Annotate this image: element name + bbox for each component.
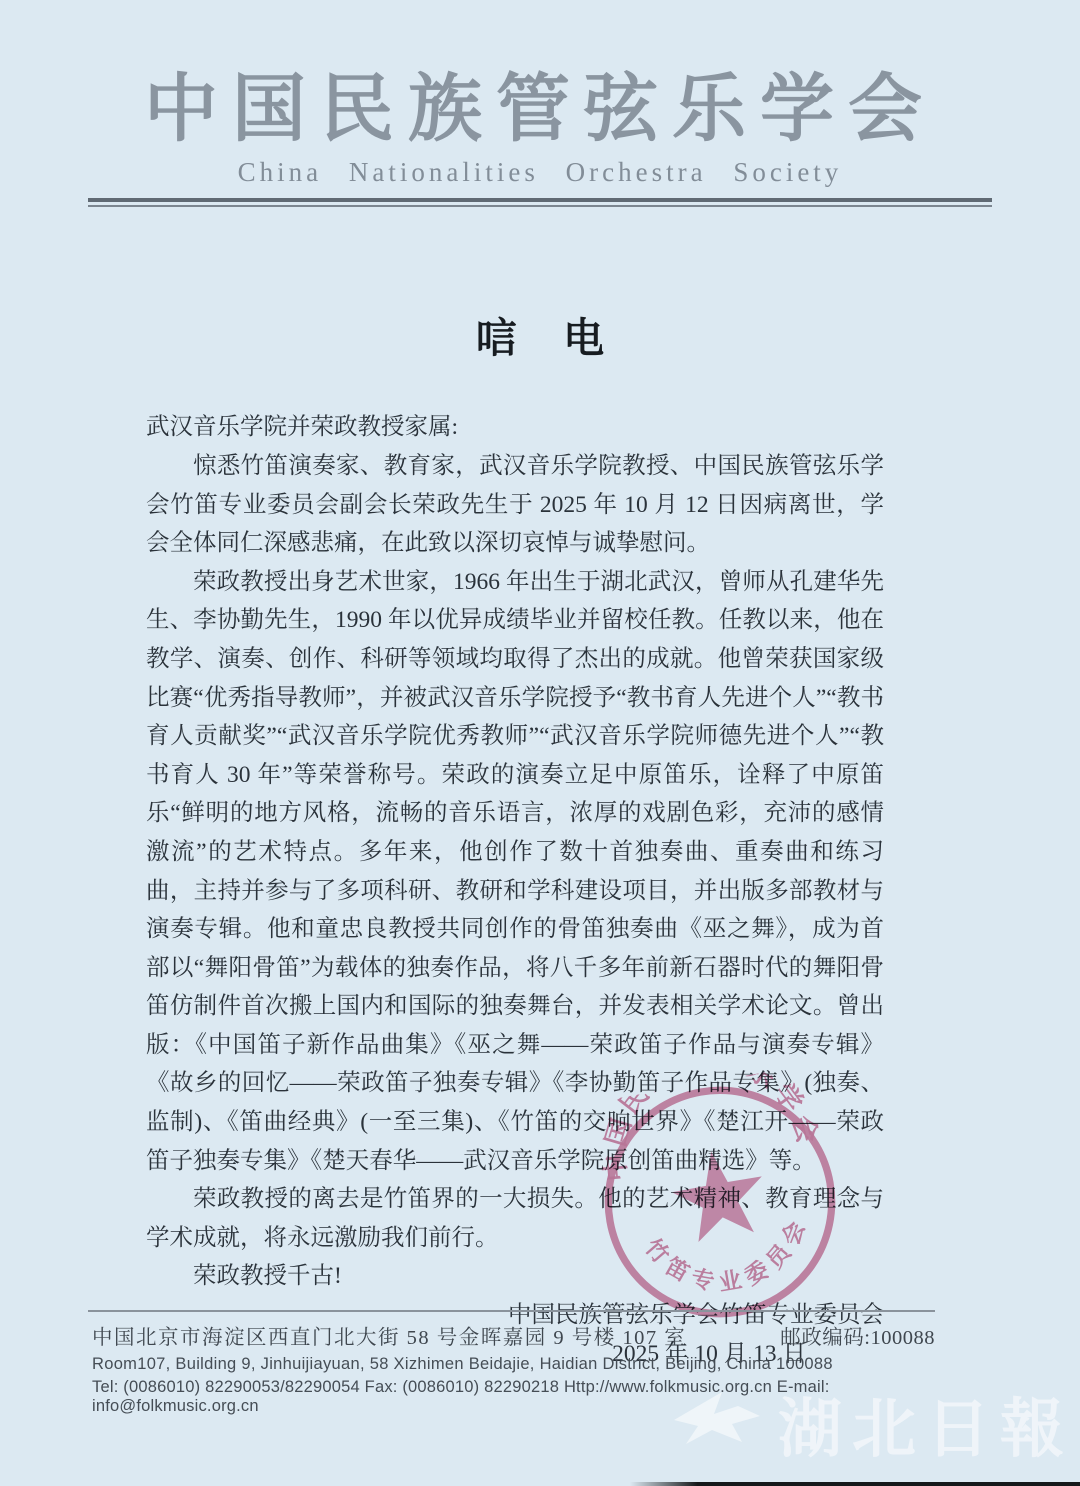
org-name-english: China Nationalities Orchestra Society <box>0 157 1080 188</box>
letter-title: 唁 电 <box>0 305 1080 364</box>
letterhead-divider <box>88 198 992 207</box>
org-name-chinese: 中国民族管弦乐学会 <box>0 70 1080 151</box>
footer: 中国北京市海淀区西直门北大街 58 号金晖嘉园 9 号楼 107 室 邮政编码:… <box>0 1310 1080 1416</box>
scanned-letter-page: 中国民族管弦乐学会 China Nationalities Orchestra … <box>0 0 1080 1486</box>
footer-divider <box>88 1310 935 1312</box>
scan-edge-artifact <box>630 1482 1080 1486</box>
footer-address-row: 中国北京市海淀区西直门北大街 58 号金晖嘉园 9 号楼 107 室 邮政编码:… <box>92 1320 935 1350</box>
letter-body: 武汉音乐学院并荣政教授家属: 惊悉竹笛演奏家、教育家，武汉音乐学院教授、中国民族… <box>146 408 884 1296</box>
paragraph-4: 荣政教授千古! <box>146 1257 884 1296</box>
salutation: 武汉音乐学院并荣政教授家属: <box>146 408 884 447</box>
paragraph-2: 荣政教授出身艺术世家，1966 年出生于湖北武汉，曾师从孔建华先生、李协勤先生，… <box>146 563 884 1181</box>
footer-lines: 中国北京市海淀区西直门北大街 58 号金晖嘉园 9 号楼 107 室 邮政编码:… <box>92 1320 935 1416</box>
footer-address-en: Room107, Building 9, Jinhuijiayuan, 58 X… <box>92 1355 935 1374</box>
paragraph-1: 惊悉竹笛演奏家、教育家，武汉音乐学院教授、中国民族管弦乐学会竹笛专业委员会副会长… <box>146 447 884 563</box>
paragraph-3: 荣政教授的离去是竹笛界的一大损失。他的艺术精神、教育理念与学术成就，将永远激励我… <box>146 1180 884 1257</box>
footer-address-cn: 中国北京市海淀区西直门北大街 58 号金晖嘉园 9 号楼 107 室 <box>92 1320 686 1350</box>
letterhead: 中国民族管弦乐学会 China Nationalities Orchestra … <box>0 0 1080 207</box>
footer-postal-code: 邮政编码:100088 <box>780 1320 935 1350</box>
footer-contact: Tel: (0086010) 82290053/82290054 Fax: (0… <box>92 1378 935 1416</box>
